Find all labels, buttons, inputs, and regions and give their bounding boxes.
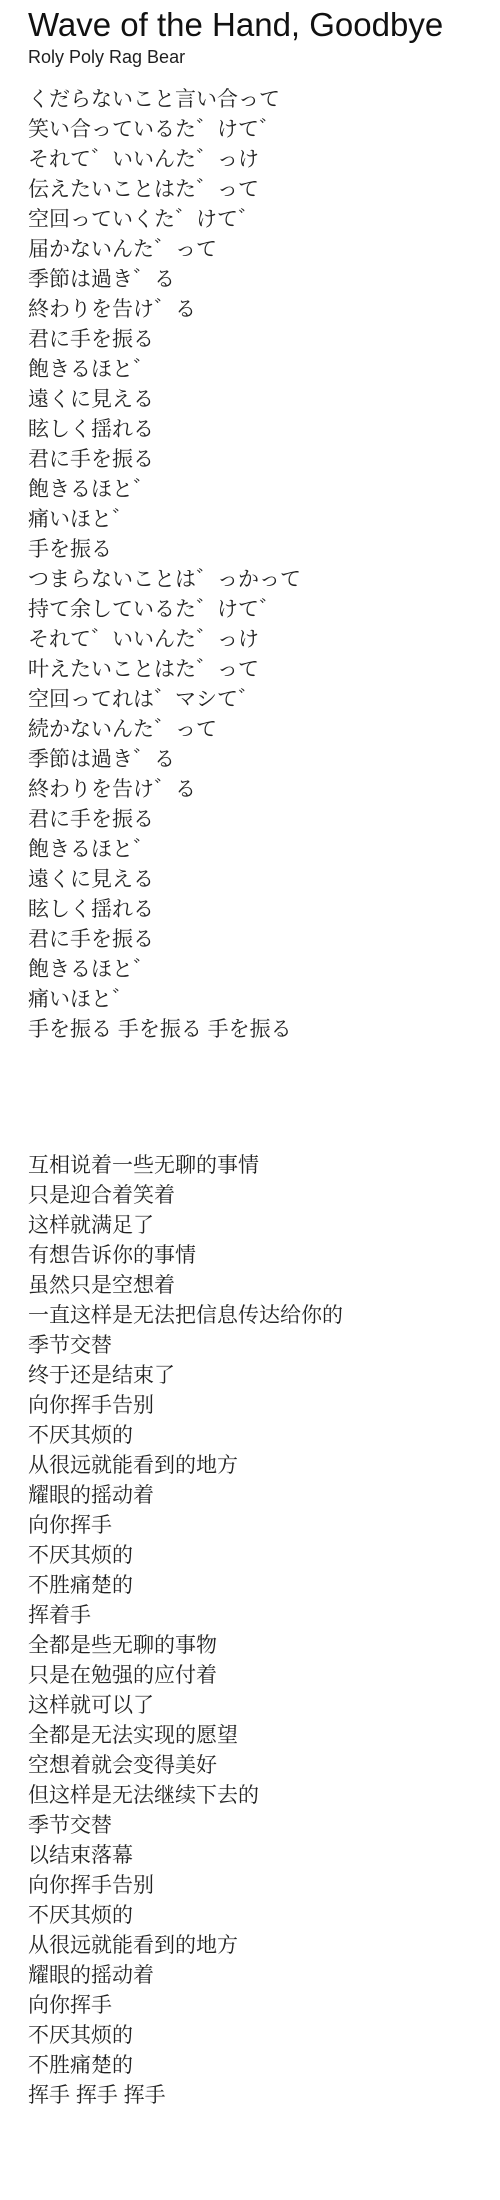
chinese-lyric-line: 向你挥手 — [28, 1511, 482, 1541]
japanese-lyric-line: 終わりを告け゛る — [28, 295, 482, 325]
japanese-lyric-line: 眩しく揺れる — [28, 415, 482, 445]
japanese-lyric-line: 届かないんた゛って — [28, 235, 482, 265]
chinese-lyric-line: 以结束落幕 — [28, 1841, 482, 1871]
chinese-lyric-line: 挥手 挥手 挥手 — [28, 2081, 482, 2111]
japanese-lyric-line: 飽きるほと゛ — [28, 835, 482, 865]
japanese-lyric-line: 手を振る 手を振る 手を振る — [28, 1015, 482, 1045]
section-gap — [28, 1045, 482, 1135]
chinese-lyric-line: 耀眼的摇动着 — [28, 1961, 482, 1991]
japanese-lyric-line: 君に手を振る — [28, 445, 482, 475]
japanese-lyric-line: 手を振る — [28, 535, 482, 565]
japanese-lyric-line: つまらないことは゛っかって — [28, 565, 482, 595]
chinese-lyric-line: 向你挥手告别 — [28, 1871, 482, 1901]
chinese-lyric-line: 从很远就能看到的地方 — [28, 1451, 482, 1481]
chinese-lyric-line: 从很远就能看到的地方 — [28, 1931, 482, 1961]
chinese-lyric-line: 耀眼的摇动着 — [28, 1481, 482, 1511]
japanese-lyric-line: 痛いほと゛ — [28, 505, 482, 535]
chinese-lyric-line: 向你挥手 — [28, 1991, 482, 2021]
japanese-lyric-line: 眩しく揺れる — [28, 895, 482, 925]
chinese-lyrics-section: 互相说着一些无聊的事情 只是迎合着笑着 这样就满足了 有想告诉你的事情 虽然只是… — [28, 1151, 482, 2111]
chinese-lyric-line: 这样就满足了 — [28, 1211, 482, 1241]
japanese-lyric-line: 君に手を振る — [28, 925, 482, 955]
japanese-lyric-line: 叶えたいことはた゛って — [28, 655, 482, 685]
japanese-lyric-line: 持て余しているた゛けて゛ — [28, 595, 482, 625]
chinese-lyric-line: 虽然只是空想着 — [28, 1271, 482, 1301]
japanese-lyric-line: 伝えたいことはた゛って — [28, 175, 482, 205]
chinese-lyric-line: 这样就可以了 — [28, 1691, 482, 1721]
japanese-lyric-line: 痛いほと゛ — [28, 985, 482, 1015]
artist-name: Roly Poly Rag Bear — [28, 46, 482, 69]
chinese-lyric-line: 全都是无法实现的愿望 — [28, 1721, 482, 1751]
japanese-lyric-line: それて゛いいんた゛っけ — [28, 625, 482, 655]
japanese-lyric-line: 季節は過き゛る — [28, 745, 482, 775]
japanese-lyric-line: 君に手を振る — [28, 325, 482, 355]
chinese-lyric-line: 不厌其烦的 — [28, 1541, 482, 1571]
chinese-lyric-line: 挥着手 — [28, 1601, 482, 1631]
chinese-lyric-line: 一直这样是无法把信息传达给你的 — [28, 1301, 482, 1331]
japanese-lyric-line: 空回っていくた゛けて゛ — [28, 205, 482, 235]
japanese-lyric-line: 空回ってれは゛マシて゛ — [28, 685, 482, 715]
chinese-lyric-line: 不厌其烦的 — [28, 2021, 482, 2051]
japanese-lyric-line: 君に手を振る — [28, 805, 482, 835]
chinese-lyric-line: 有想告诉你的事情 — [28, 1241, 482, 1271]
japanese-lyrics-section: くだらないこと言い合って 笑い合っているた゛けて゛ それて゛いいんた゛っけ 伝え… — [28, 85, 482, 1045]
chinese-lyric-line: 只是在勉强的应付着 — [28, 1661, 482, 1691]
chinese-lyric-line: 空想着就会变得美好 — [28, 1751, 482, 1781]
chinese-lyric-line: 不胜痛楚的 — [28, 2051, 482, 2081]
chinese-lyric-line: 终于还是结束了 — [28, 1361, 482, 1391]
japanese-lyric-line: 遠くに見える — [28, 385, 482, 415]
japanese-lyric-line: それて゛いいんた゛っけ — [28, 145, 482, 175]
japanese-lyric-line: 終わりを告け゛る — [28, 775, 482, 805]
chinese-lyric-line: 向你挥手告别 — [28, 1391, 482, 1421]
chinese-lyric-line: 不胜痛楚的 — [28, 1571, 482, 1601]
page-title: Wave of the Hand, Goodbye — [28, 6, 482, 44]
chinese-lyric-line: 但这样是无法继续下去的 — [28, 1781, 482, 1811]
japanese-lyric-line: 飽きるほと゛ — [28, 355, 482, 385]
japanese-lyric-line: 飽きるほと゛ — [28, 475, 482, 505]
chinese-lyric-line: 季节交替 — [28, 1331, 482, 1361]
japanese-lyric-line: くだらないこと言い合って — [28, 85, 482, 115]
chinese-lyric-line: 只是迎合着笑着 — [28, 1181, 482, 1211]
chinese-lyric-line: 不厌其烦的 — [28, 1901, 482, 1931]
japanese-lyric-line: 続かないんた゛って — [28, 715, 482, 745]
lyrics-page: Wave of the Hand, Goodbye Roly Poly Rag … — [0, 0, 500, 2111]
japanese-lyric-line: 飽きるほと゛ — [28, 955, 482, 985]
chinese-lyric-line: 不厌其烦的 — [28, 1421, 482, 1451]
japanese-lyric-line: 遠くに見える — [28, 865, 482, 895]
japanese-lyric-line: 季節は過き゛る — [28, 265, 482, 295]
chinese-lyric-line: 互相说着一些无聊的事情 — [28, 1151, 482, 1181]
japanese-lyric-line: 笑い合っているた゛けて゛ — [28, 115, 482, 145]
chinese-lyric-line: 季节交替 — [28, 1811, 482, 1841]
chinese-lyric-line: 全都是些无聊的事物 — [28, 1631, 482, 1661]
